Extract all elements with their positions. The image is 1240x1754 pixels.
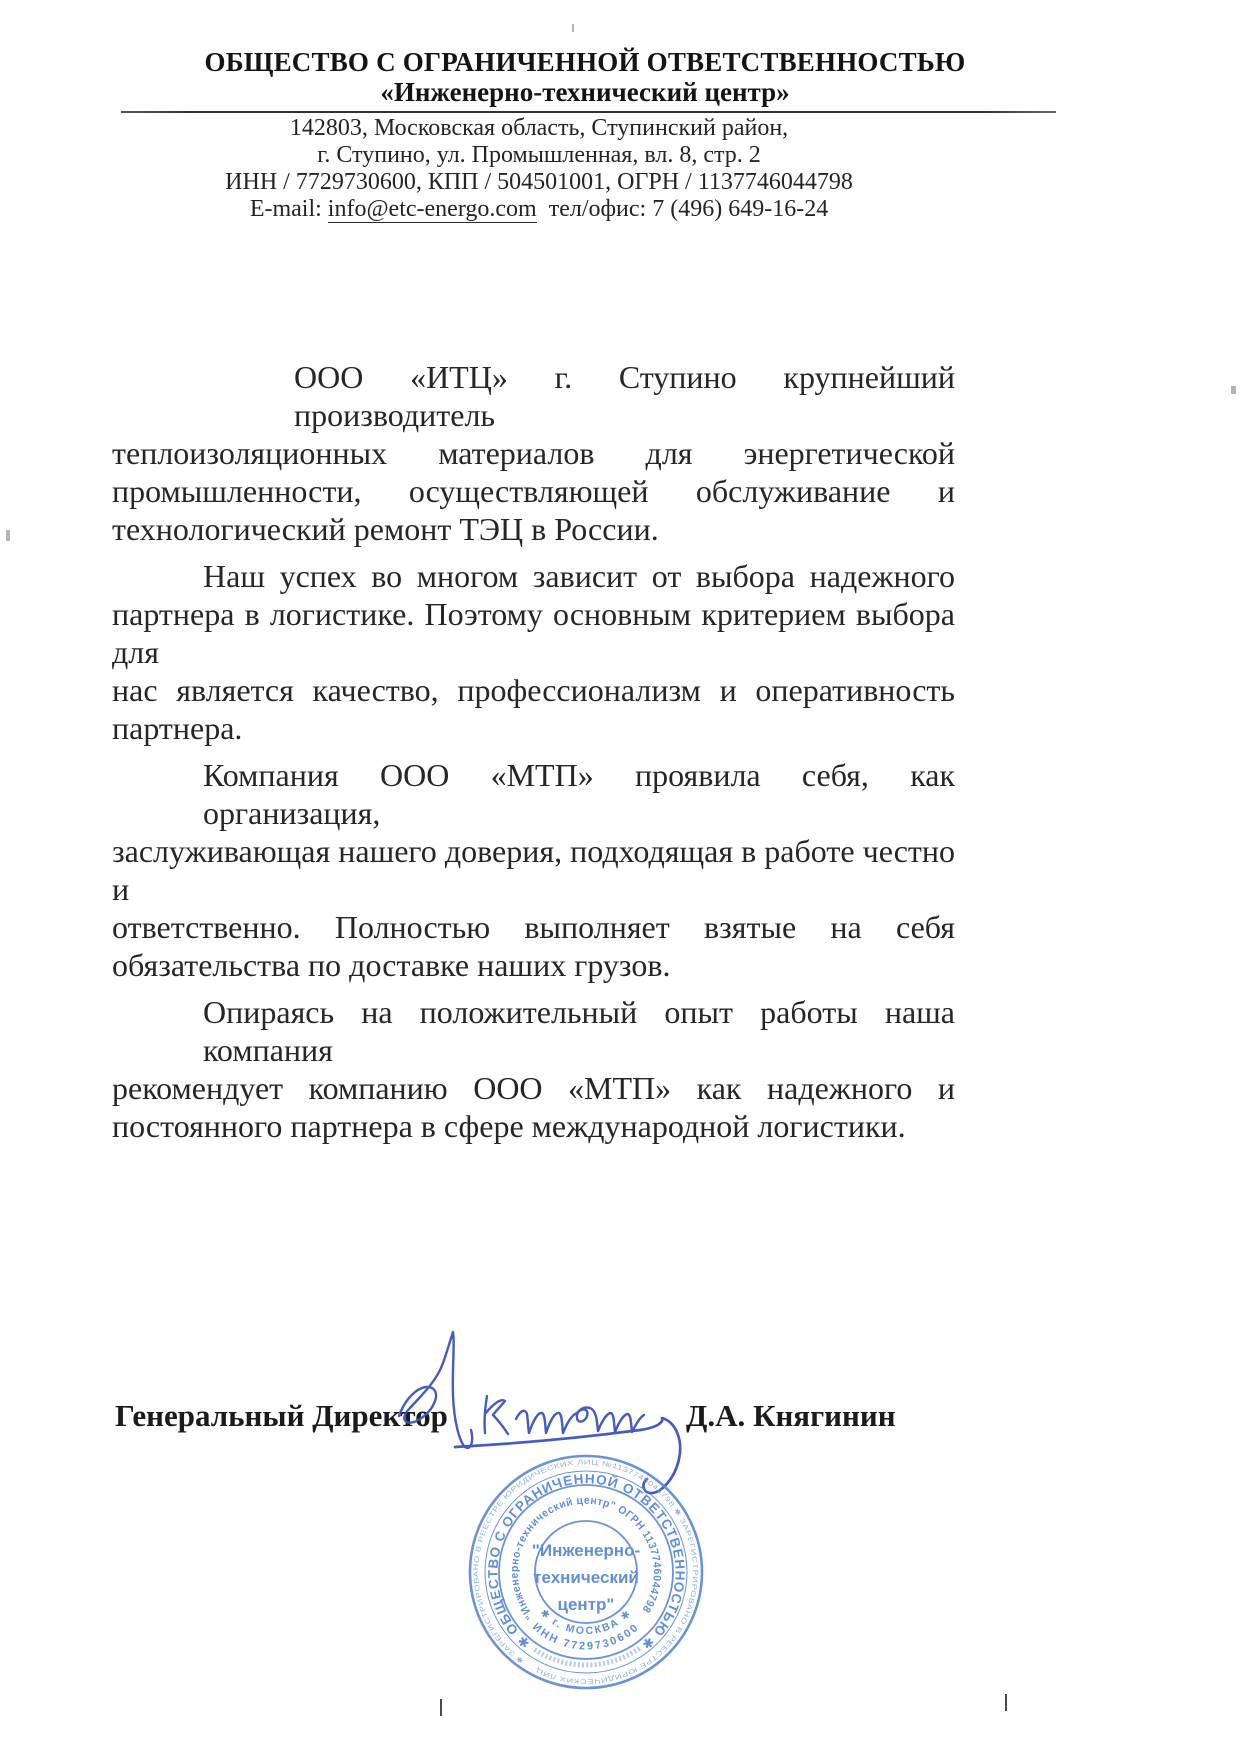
scan-artifact <box>440 1699 442 1716</box>
paragraph-4: Опираясь на положительный опыт работы на… <box>112 993 955 1145</box>
email-label: E-mail: <box>250 196 322 222</box>
stamp-org-type-ring: ✱ ОБЩЕСТВО С ОГРАНИЧЕННОЙ ОТВЕТСТВЕННОСТ… <box>485 1471 687 1653</box>
letter-body: ООО «ИТЦ» г. Ступино крупнейший производ… <box>112 358 955 1154</box>
stamp-center-text: "Инженерно- технический центр" <box>532 1541 640 1614</box>
signer-name: Д.А. Княгинин <box>686 1398 896 1434</box>
paragraph-3: Компания ООО «МТП» проявила себя, как ор… <box>112 756 955 984</box>
svg-text:центр": центр" <box>558 1595 615 1614</box>
address-line-2: г. Ступино, ул. Промышленная, вл. 8, стр… <box>74 142 1004 169</box>
body-line: партнера. <box>112 709 955 747</box>
body-line: нас является качество, профессионализм и… <box>112 671 955 709</box>
org-name-title: «Инженерно-технический центр» <box>120 77 1050 107</box>
letterhead-contacts: 142803, Московская область, Ступинский р… <box>74 115 1004 223</box>
body-line: технологический ремонт ТЭЦ в России. <box>112 510 955 548</box>
body-line: партнера в логистике. Поэтому основным к… <box>112 595 955 671</box>
body-line: теплоизоляционных материалов для энергет… <box>112 434 955 472</box>
body-line: постоянного партнера в сфере международн… <box>112 1107 955 1145</box>
scan-artifact <box>572 24 574 32</box>
address-line-1: 142803, Московская область, Ступинский р… <box>74 115 1004 142</box>
phone-number: тел/офис: 7 (496) 649-16-24 <box>549 196 828 222</box>
email-address: info@etc-energo.com <box>328 196 537 223</box>
company-round-stamp: ✱ ЗАРЕГИСТРИРОВАНО В РЕЕСТРЕ ЮРИДИЧЕСКИХ… <box>470 1456 702 1688</box>
body-line: Компания ООО «МТП» проявила себя, как ор… <box>112 756 955 832</box>
body-line: ООО «ИТЦ» г. Ступино крупнейший производ… <box>112 358 955 434</box>
stamp-inn-text: ИНН 7729730600 <box>530 1621 642 1653</box>
scan-artifact <box>6 530 10 541</box>
paragraph-1: ООО «ИТЦ» г. Ступино крупнейший производ… <box>112 358 955 548</box>
body-line: Наш успех во многом зависит от выбора на… <box>112 557 955 595</box>
scan-artifact <box>1231 386 1236 394</box>
paragraph-2: Наш успех во многом зависит от выбора на… <box>112 557 955 747</box>
svg-text:технический: технический <box>533 1568 639 1587</box>
stamp-city-text: ✱ г. МОСКВА ✱ <box>537 1607 634 1637</box>
stamp-ring-border <box>485 1471 687 1673</box>
body-line: Опираясь на положительный опыт работы на… <box>112 993 955 1069</box>
stamp-org-name-ring: "Инженерно-технический центр" ОГРН 11377… <box>509 1495 663 1622</box>
scan-artifact <box>1005 1694 1007 1711</box>
body-line: ответственно. Полностью выполняет взятые… <box>112 908 955 946</box>
body-line: промышленности, осуществляющей обслужива… <box>112 472 955 510</box>
svg-text:"Инженерно-: "Инженерно- <box>532 1541 640 1560</box>
body-line: рекомендует компанию ООО «МТП» как надеж… <box>112 1069 955 1107</box>
stamp-registration-microtext: ✱ ЗАРЕГИСТРИРОВАНО В РЕЕСТРЕ ЮРИДИЧЕСКИХ… <box>473 1459 698 1684</box>
stamp-inner-border <box>535 1521 637 1623</box>
letterhead: ОБЩЕСТВО С ОГРАНИЧЕННОЙ ОТВЕТСТВЕННОСТЬЮ… <box>120 47 1050 223</box>
registration-numbers: ИНН / 7729730600, КПП / 504501001, ОГРН … <box>74 169 1004 196</box>
scanned-letter-page: ОБЩЕСТВО С ОГРАНИЧЕННОЙ ОТВЕТСТВЕННОСТЬЮ… <box>0 0 1240 1754</box>
stamp-outer-border <box>470 1456 702 1688</box>
body-line: обязательства по доставке наших грузов. <box>112 946 955 984</box>
org-type-title: ОБЩЕСТВО С ОГРАНИЧЕННОЙ ОТВЕТСТВЕННОСТЬЮ <box>120 47 1050 77</box>
body-line: заслуживающая нашего доверия, подходящая… <box>112 832 955 908</box>
contact-line: E-mail: info@etc-energo.com тел/офис: 7 … <box>74 196 1004 223</box>
stamp-middle-border <box>499 1485 673 1659</box>
letterhead-divider <box>121 111 1056 113</box>
stamp-microtext-texture <box>533 1648 640 1665</box>
signer-position: Генеральный Директор <box>115 1398 448 1434</box>
